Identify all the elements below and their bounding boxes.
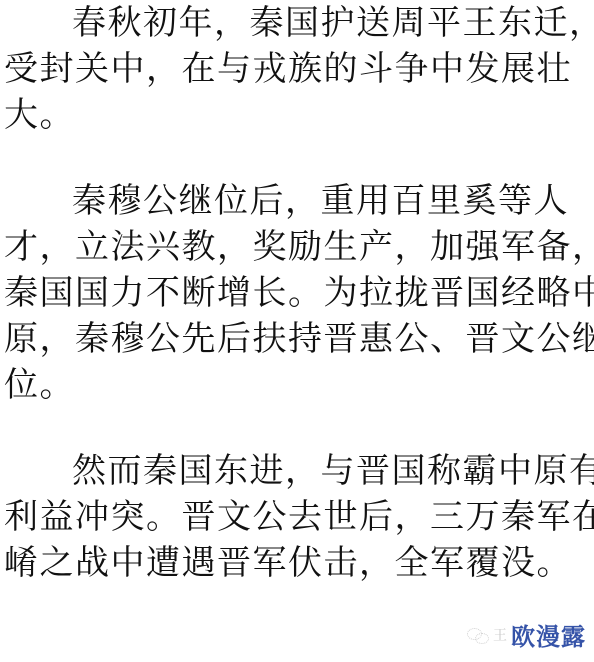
text-line: 崤之战中遭遇晋军伏击，全军覆没。 xyxy=(4,540,594,586)
text-line: 才，立法兴教，奖励生产，加强军备， xyxy=(4,224,594,270)
watermark-faint-text: 王 xyxy=(493,625,507,645)
paragraph-3: 然而秦国东进，与晋国称霸中原有 利益冲突。晋文公去世后，三万秦军在 崤之战中遭遇… xyxy=(4,448,594,586)
text-line: 利益冲突。晋文公去世后，三万秦军在 xyxy=(4,494,594,540)
text-line: 原，秦穆公先后扶持晋惠公、晋文公继 xyxy=(4,316,594,362)
watermark: 王 欧漫露 xyxy=(467,617,586,652)
text-line: 秦穆公继位后，重用百里奚等人 xyxy=(4,178,594,224)
text-line: 大。 xyxy=(4,92,594,138)
paragraph-1: 春秋初年，秦国护送周平王东迁， 受封关中，在与戎族的斗争中发展壮 大。 xyxy=(4,0,594,138)
wechat-icon xyxy=(467,626,489,644)
text-line: 春秋初年，秦国护送周平王东迁， xyxy=(4,0,594,46)
text-line: 然而秦国东进，与晋国称霸中原有 xyxy=(4,448,594,494)
text-line: 位。 xyxy=(4,362,594,408)
text-line: 受封关中，在与戎族的斗争中发展壮 xyxy=(4,46,594,92)
paragraph-2: 秦穆公继位后，重用百里奚等人 才，立法兴教，奖励生产，加强军备， 秦国国力不断增… xyxy=(4,178,594,408)
watermark-text: 欧漫露 xyxy=(511,617,586,652)
text-line: 秦国国力不断增长。为拉拢晋国经略中 xyxy=(4,270,594,316)
